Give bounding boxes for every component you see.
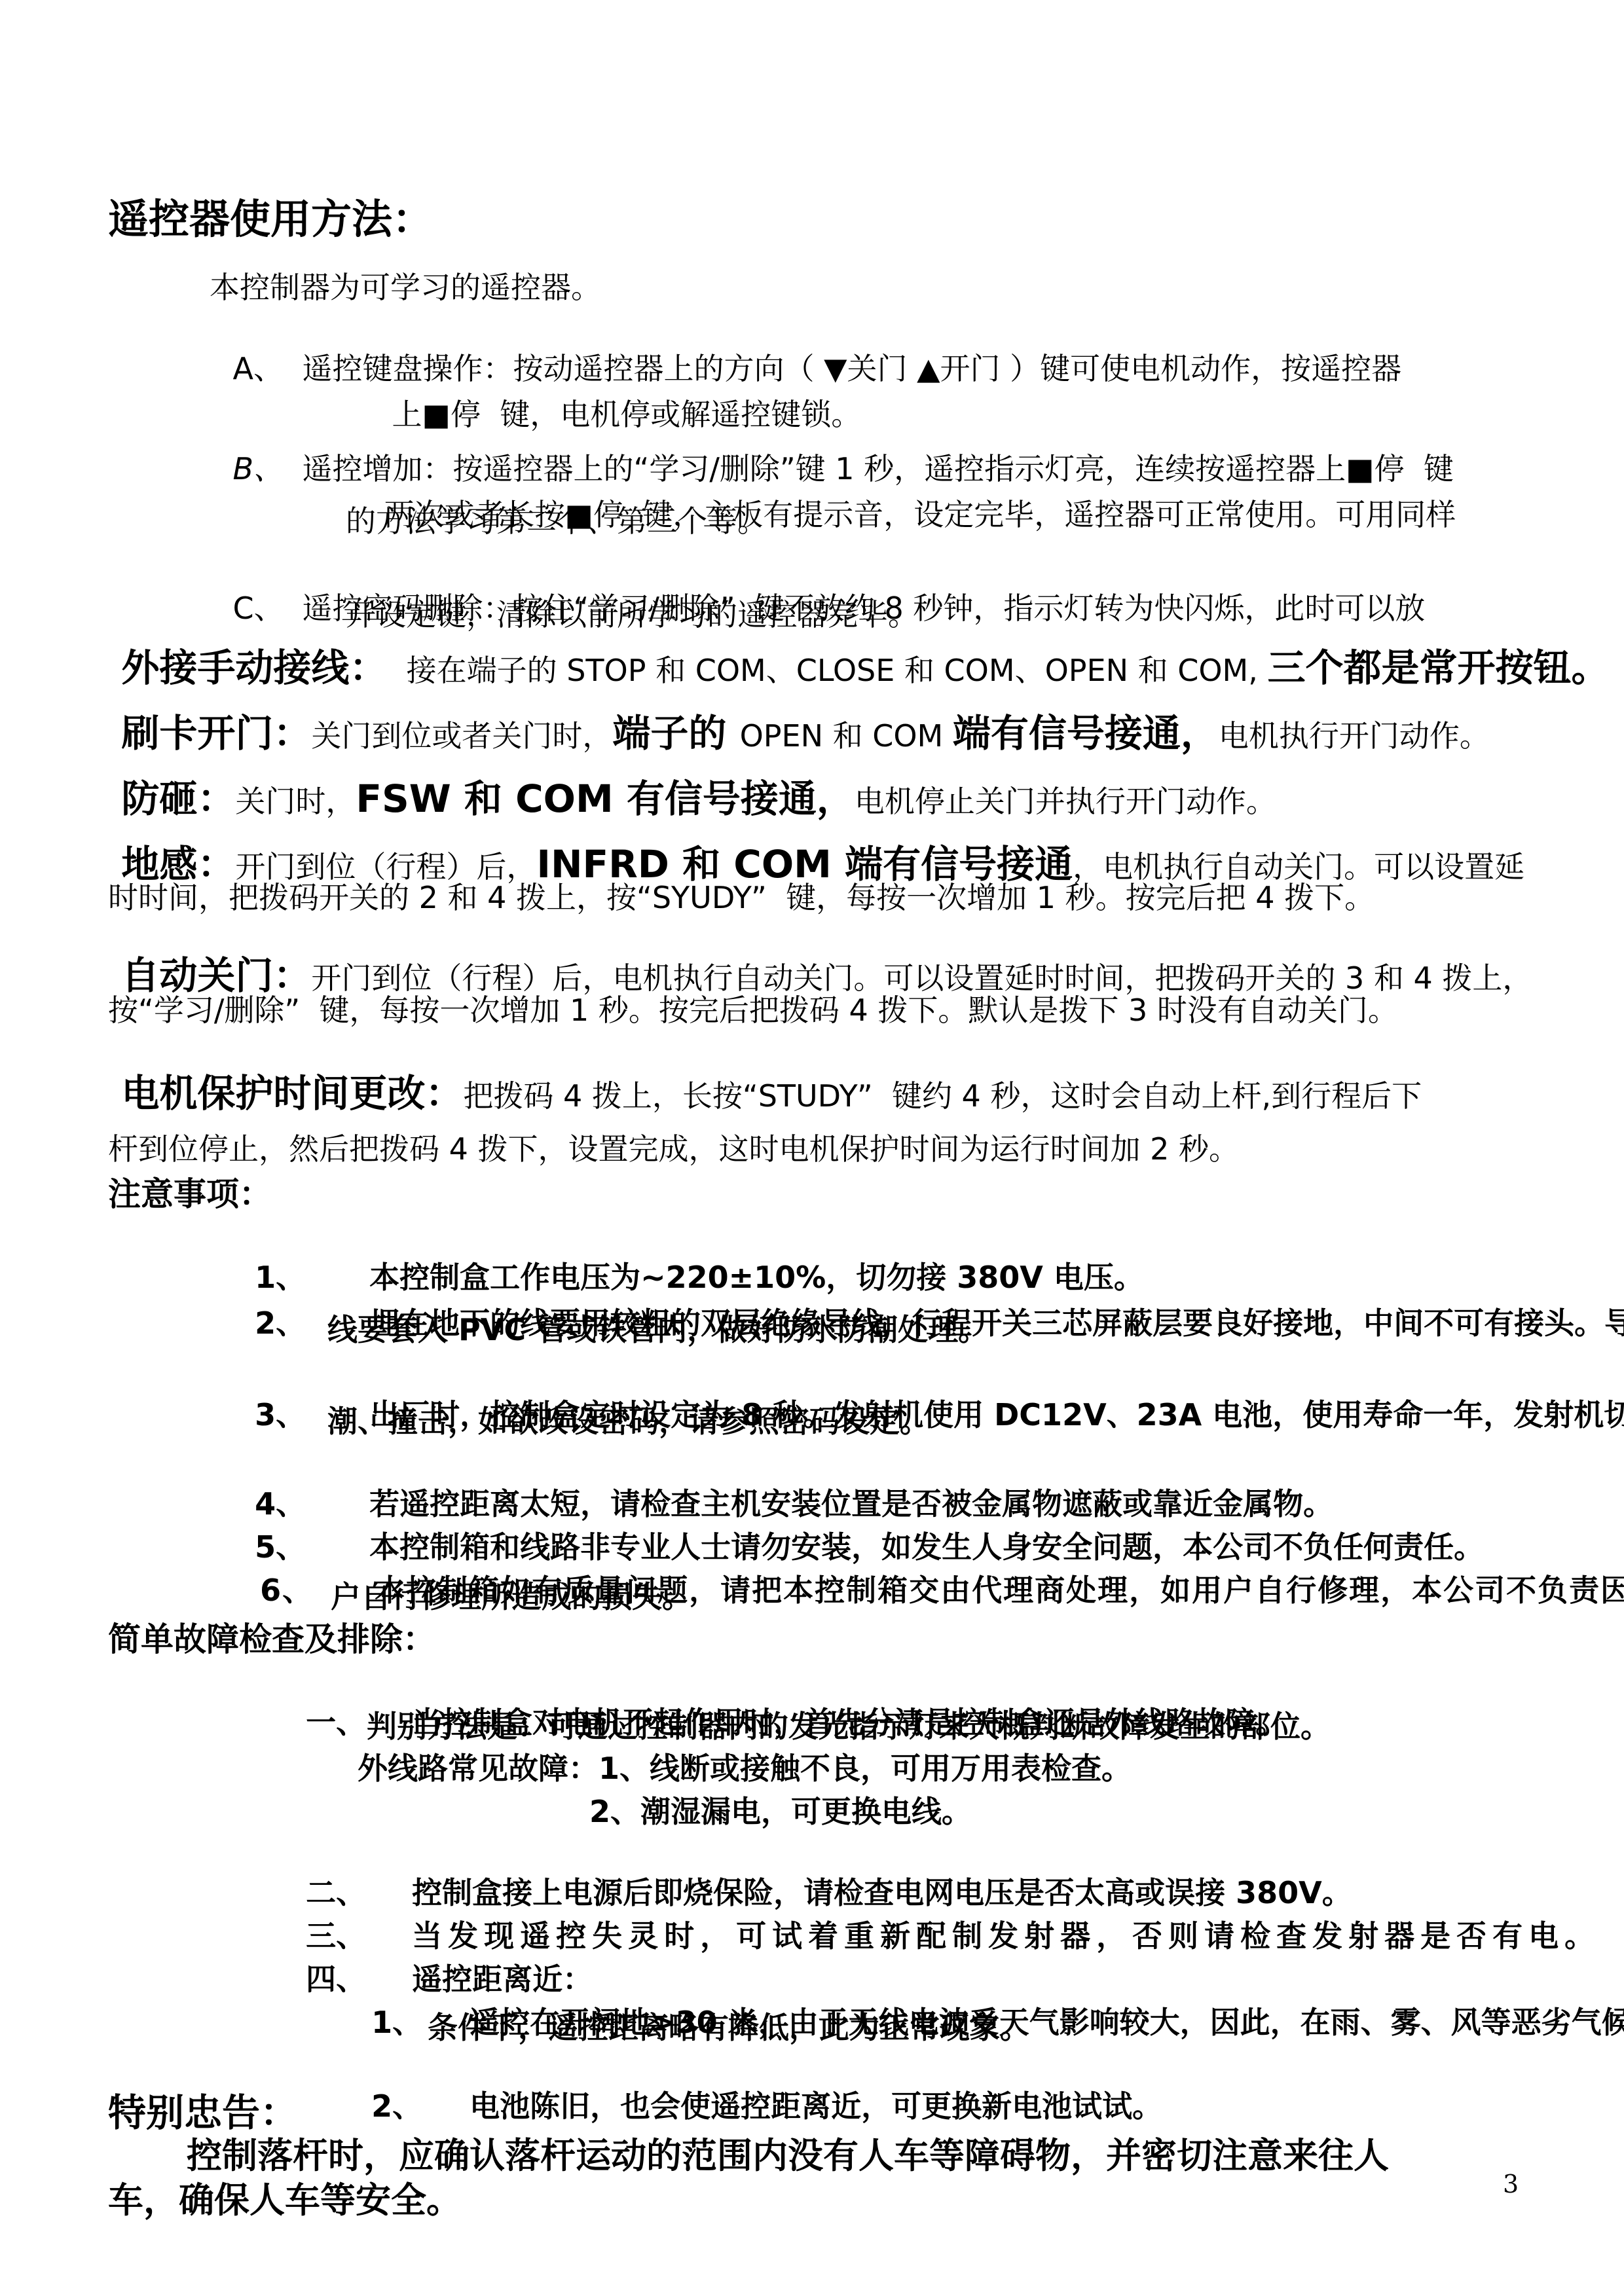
troubleshoot-item-1-sub3: 2、潮湿漏电，可更换电线。	[589, 1793, 972, 1832]
section-text: OPEN 和 COM	[740, 718, 953, 754]
section-heading: 外接手动接线：	[121, 646, 387, 690]
list-marker-b: B、	[233, 450, 303, 489]
special-warning-line2: 车，确保人车等安全。	[108, 2178, 462, 2223]
section-motor-protect-line1: 电机保护时间更改：把拨码 4 拨上，长按“STUDY” 键约 4 秒，这时会自动…	[108, 1055, 1422, 1132]
list-marker: 2、	[371, 2087, 470, 2126]
troubleshoot-text: 电池陈旧，也会使遥控距离近，可更换新电池试试。	[470, 2088, 1162, 2124]
note-item-2-cont: 线要套入 PVC 管或铁管内，做好防水防潮处理。	[327, 1311, 988, 1350]
page-title: 遥控器使用方法：	[108, 193, 433, 246]
section-motor-protect-line2: 杆到位停止，然后把拨码 4 拨下，设置完成，这时电机保护时间为运行时间加 2 秒…	[108, 1130, 1239, 1169]
section-text: 电机执行开门动作。	[1219, 718, 1490, 754]
section-text: 把拨码 4 拨上，长按“STUDY” 键约 4 秒，这时会自动上杆,到行程后下	[463, 1078, 1422, 1114]
section-text: 接在端子的 STOP 和 COM、CLOSE 和 COM、OPEN 和 COM,	[387, 653, 1267, 688]
section-heading: 防砸：	[121, 776, 235, 821]
open-arrow-icon: ▲	[917, 351, 940, 386]
troubleshoot-item-4-sub1-cont: 条件下，遥控距离略有降低，此为正常现象。	[428, 2009, 1030, 2048]
item-a-text: 开门 ）键可使电机动作，按遥控器	[940, 351, 1402, 386]
special-warning-heading: 特别忠告：	[108, 2088, 298, 2138]
troubleshoot-item-1-sub1: 判别方法是：可通过控制器内的发光指示灯来大概判断故障发生的部位。	[367, 1707, 1331, 1747]
remote-item-c-line2: 开设定键，清除以前所学习的遥控器完毕。	[346, 596, 918, 635]
note-item-6-cont: 户自行修理所造成的损失。	[331, 1578, 692, 1617]
troubleshoot-item-1-sub2: 外线路常见故障：1、线断或接触不良，可用万用表检查。	[358, 1749, 1132, 1789]
list-marker-a: A、	[233, 350, 303, 389]
list-marker-c: C、	[233, 589, 303, 629]
section-heading: 刷卡开门：	[121, 711, 311, 756]
notes-heading: 注意事项：	[108, 1173, 272, 1216]
section-emphasis: 端有信号接通，	[953, 711, 1219, 756]
manual-page: 遥控器使用方法： 本控制器为可学习的遥控器。 A、遥控键盘操作：按动遥控器上的方…	[0, 0, 1624, 2296]
section-heading: 电机保护时间更改：	[121, 1071, 463, 1116]
intro-paragraph: 本控制器为可学习的遥控器。	[210, 268, 601, 308]
section-text: 电机停止关门并执行开门动作。	[855, 784, 1276, 819]
section-text: 关门到位或者关门时，	[311, 718, 612, 754]
special-warning-line1: 控制落杆时，应确认落杆运动的范围内没有人车等障碍物，并密切注意来往人	[187, 2133, 1389, 2179]
section-emphasis: 三个都是常开按钮。	[1268, 646, 1610, 690]
note-item-3-cont: 潮、撞击，如欲改设密码，请参照密码设定。	[327, 1402, 930, 1442]
page-number: 3	[1503, 2168, 1519, 2200]
section-emphasis: 端子的	[612, 711, 739, 756]
troubleshoot-heading: 简单故障检查及排除：	[108, 1618, 435, 1661]
remote-item-b-line3: 的方法学习第二个、第三个等。	[346, 502, 767, 541]
section-auto-close-line2: 按“学习/删除” 键，每按一次增加 1 秒。按完后把拨码 4 拨下。默认是拨下 …	[108, 991, 1398, 1030]
section-text: 开门到位（行程）后，电机执行自动关门。可以设置延时时间，把拨码开关的 3 和 4…	[311, 960, 1532, 996]
section-ground-sensor-line2: 时时间，把拨码开关的 2 和 4 拨上，按“SYUDY” 键，每按一次增加 1 …	[108, 879, 1375, 918]
section-text: 关门时，	[235, 784, 356, 819]
section-emphasis: FSW 和 COM 有信号接通，	[356, 776, 855, 821]
